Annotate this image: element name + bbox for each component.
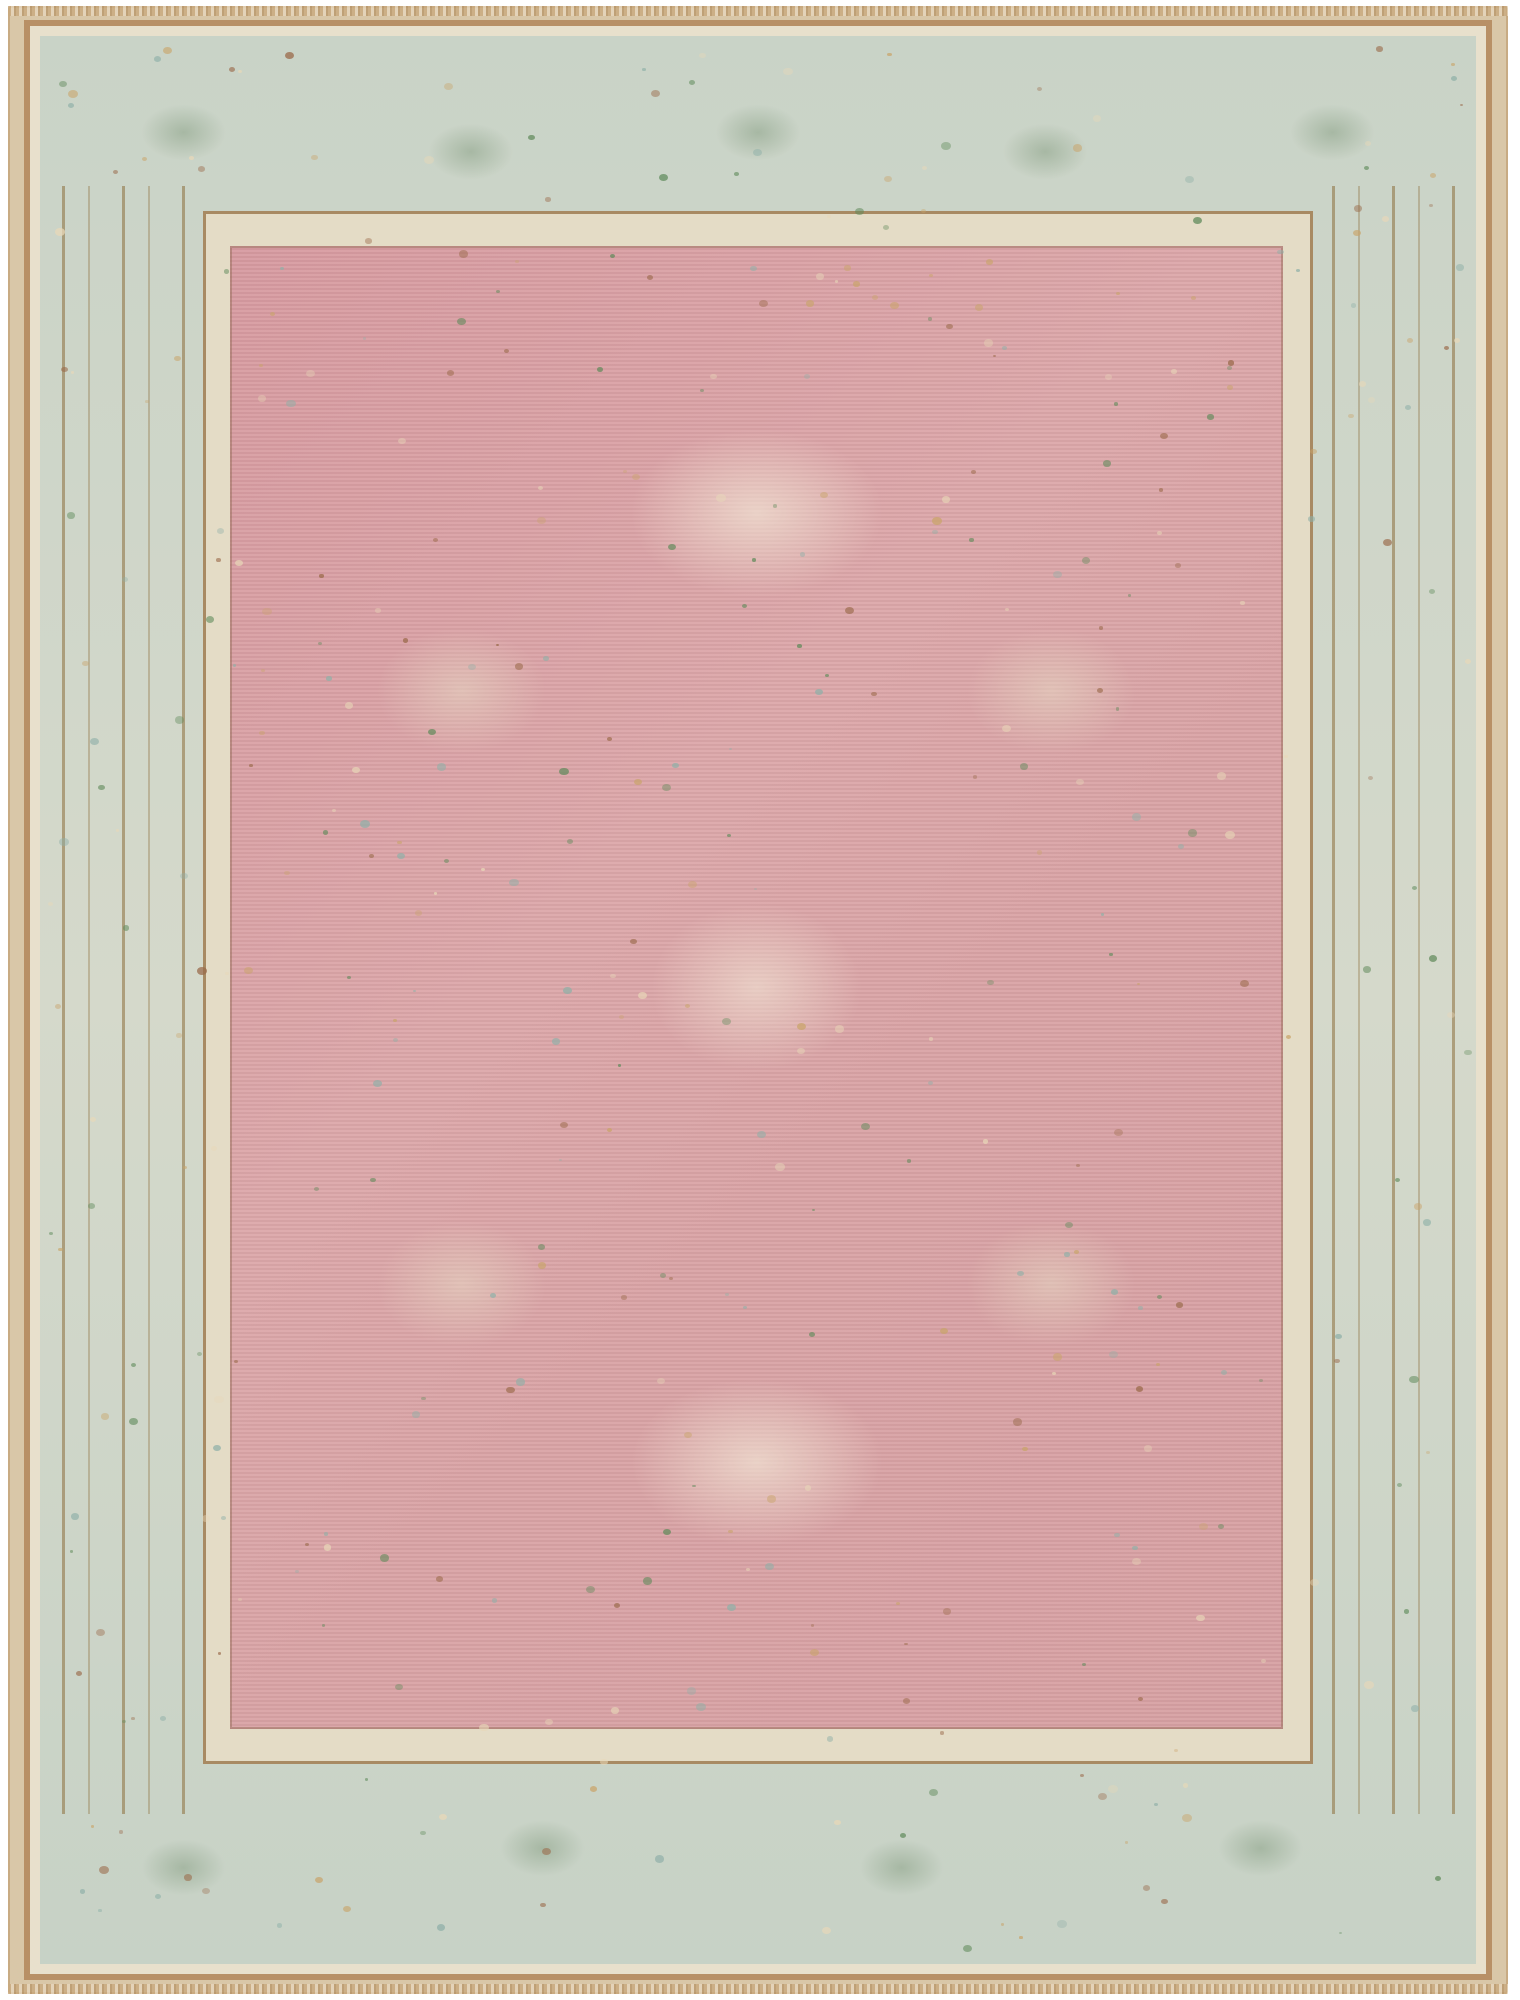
motif-speck	[969, 538, 973, 541]
motif-speck	[284, 871, 290, 876]
motif-speck	[59, 838, 69, 846]
motif-speck	[1109, 953, 1112, 955]
motif-speck	[1132, 813, 1142, 821]
motif-speck	[412, 1411, 420, 1418]
motif-speck	[552, 1038, 560, 1044]
motif-speck	[775, 1163, 785, 1171]
motif-speck	[559, 768, 568, 775]
motif-speck	[1001, 1923, 1005, 1926]
motif-speck	[1020, 763, 1028, 770]
motif-speck	[542, 1848, 551, 1855]
motif-speck	[896, 1602, 900, 1605]
motif-speck	[280, 267, 284, 270]
motif-speck	[630, 939, 636, 944]
motif-speck	[621, 1295, 626, 1299]
motif-speck	[618, 1064, 621, 1067]
motif-speck	[611, 1707, 619, 1713]
motif-speck	[202, 1515, 210, 1521]
motif-speck	[238, 1598, 242, 1601]
motif-speck	[1019, 1936, 1022, 1939]
motif-speck	[563, 987, 572, 994]
top-fringe	[8, 6, 1508, 16]
motif-speck	[1227, 385, 1233, 390]
motif-speck	[249, 764, 253, 767]
motif-speck	[797, 644, 801, 648]
motif-speck	[1101, 913, 1104, 916]
motif-speck	[490, 1293, 496, 1298]
motif-speck	[324, 1544, 332, 1550]
motif-speck	[1183, 1783, 1188, 1787]
motif-speck	[1363, 966, 1371, 972]
motif-speck	[259, 731, 265, 736]
motif-speck	[1376, 46, 1383, 51]
motif-speck	[1409, 1376, 1418, 1384]
motif-speck	[479, 1724, 489, 1732]
product-photo	[0, 0, 1520, 2000]
motif-speck	[1404, 1609, 1409, 1613]
motif-speck	[767, 1495, 776, 1503]
motif-speck	[1080, 1774, 1084, 1777]
motif-speck	[1354, 205, 1362, 212]
motif-speck	[323, 830, 329, 835]
motif-speck	[659, 174, 668, 181]
motif-speck	[884, 176, 892, 182]
motif-speck	[506, 1387, 514, 1394]
motif-speck	[560, 1122, 568, 1128]
motif-speck	[428, 729, 435, 735]
motif-speck	[684, 1432, 692, 1438]
motif-speck	[1353, 230, 1361, 236]
motif-speck	[1114, 1533, 1120, 1538]
motif-speck	[1454, 338, 1460, 343]
motif-speck	[1143, 1885, 1150, 1891]
motif-speck	[131, 1717, 135, 1720]
motif-speck	[727, 834, 731, 837]
motif-speck	[160, 1716, 167, 1721]
motif-speck	[286, 400, 295, 408]
motif-speck	[759, 300, 768, 307]
motif-speck	[727, 1604, 736, 1611]
motif-speck	[597, 367, 603, 372]
motif-speck	[1365, 141, 1371, 146]
motif-speck	[1217, 772, 1226, 779]
motif-speck	[1125, 1841, 1128, 1843]
motif-speck	[1175, 563, 1181, 568]
motif-speck	[1176, 1302, 1183, 1307]
motif-speck	[545, 1719, 553, 1725]
motif-speck	[809, 1332, 815, 1337]
motif-speck	[804, 374, 810, 379]
motif-speck	[932, 530, 938, 535]
motif-speck	[805, 1485, 812, 1490]
motif-speck	[1171, 369, 1177, 374]
motif-speck	[375, 608, 380, 612]
motif-speck	[647, 275, 654, 280]
motif-speck	[1057, 1920, 1066, 1928]
motif-speck	[861, 1123, 870, 1130]
motif-speck	[225, 972, 229, 975]
motif-speck	[123, 925, 130, 930]
motif-speck	[1359, 381, 1366, 387]
motif-speck	[71, 371, 75, 374]
motif-speck	[415, 910, 423, 916]
motif-speck	[746, 1568, 749, 1571]
motif-speck	[928, 317, 933, 321]
motif-speck	[940, 1328, 948, 1334]
motif-speck	[365, 238, 372, 243]
motif-speck	[1447, 1012, 1455, 1019]
motif-speck	[420, 1831, 426, 1835]
motif-speck	[883, 225, 889, 230]
motif-speck	[398, 438, 406, 444]
motif-speck	[1218, 1524, 1224, 1529]
motif-speck	[59, 81, 67, 87]
motif-speck	[1364, 1681, 1374, 1689]
motif-speck	[942, 496, 950, 502]
motif-speck	[233, 664, 236, 666]
motif-speck	[1407, 338, 1414, 343]
motif-speck	[1310, 1579, 1319, 1586]
motif-speck	[122, 1720, 126, 1723]
motif-speck	[365, 1778, 368, 1781]
motif-speck	[1182, 1814, 1192, 1822]
motif-speck	[437, 1924, 445, 1930]
motif-speck	[1114, 402, 1118, 405]
motif-speck	[403, 638, 409, 643]
motif-speck	[811, 1624, 814, 1627]
motif-speck	[943, 1608, 952, 1615]
motif-speck	[363, 337, 366, 340]
motif-speck	[459, 250, 468, 257]
motif-speck	[58, 1248, 63, 1252]
motif-speck	[900, 1833, 906, 1838]
motif-speck	[176, 1033, 182, 1038]
motif-speck	[68, 103, 74, 108]
motif-speck	[1037, 87, 1042, 91]
motif-speck	[1429, 955, 1437, 962]
motif-speck	[742, 604, 747, 608]
motif-speck	[515, 663, 523, 669]
right-border-stripes	[1318, 186, 1468, 1814]
motif-speck	[1144, 1445, 1152, 1451]
motif-speck	[757, 1131, 766, 1138]
motif-speck	[457, 318, 466, 325]
motif-speck	[98, 785, 105, 790]
motif-speck	[800, 552, 806, 556]
motif-speck	[835, 280, 838, 283]
motif-speck	[1132, 1558, 1141, 1565]
motif-speck	[1002, 346, 1007, 350]
motif-speck	[907, 1159, 911, 1162]
motif-speck	[434, 892, 437, 895]
motif-speck	[1093, 115, 1102, 122]
motif-speck	[369, 854, 374, 858]
motif-speck	[827, 1736, 834, 1741]
motif-speck	[481, 868, 485, 871]
motif-speck	[1207, 414, 1213, 419]
motif-speck	[729, 748, 732, 750]
motif-speck	[890, 302, 898, 309]
motif-speck	[516, 1378, 526, 1386]
motif-speck	[820, 492, 828, 498]
motif-speck	[669, 1277, 673, 1280]
motif-speck	[1073, 144, 1082, 151]
motif-speck	[619, 1015, 624, 1019]
motif-speck	[145, 400, 149, 403]
motif-speck	[538, 1244, 545, 1250]
motif-speck	[1240, 601, 1244, 604]
motif-speck	[586, 1586, 595, 1593]
motif-speck	[1412, 886, 1417, 890]
motif-speck	[1022, 1447, 1028, 1452]
motif-speck	[538, 1262, 546, 1269]
motif-speck	[1076, 1164, 1080, 1167]
motif-speck	[1277, 250, 1283, 255]
motif-speck	[984, 339, 994, 347]
motif-speck	[373, 1080, 382, 1087]
rug-field	[230, 246, 1283, 1729]
motif-speck	[797, 1048, 805, 1055]
motif-speck	[1037, 850, 1043, 854]
motif-speck	[941, 142, 951, 150]
motif-speck	[76, 1671, 82, 1676]
motif-speck	[543, 656, 549, 661]
motif-speck	[217, 528, 224, 534]
motif-speck	[734, 172, 739, 176]
motif-speck	[1259, 1379, 1263, 1382]
motif-speck	[229, 67, 235, 72]
motif-speck	[663, 1529, 671, 1536]
motif-speck	[154, 56, 162, 62]
motif-speck	[180, 873, 187, 879]
motif-speck	[655, 1855, 665, 1863]
motif-speck	[1308, 516, 1315, 521]
motif-speck	[175, 716, 185, 724]
motif-speck	[1429, 204, 1433, 207]
motif-speck	[610, 254, 615, 258]
motif-speck	[88, 1203, 95, 1209]
motif-speck	[238, 70, 242, 73]
motif-speck	[1116, 707, 1120, 710]
motif-speck	[1368, 776, 1373, 780]
motif-speck	[352, 767, 359, 773]
motif-speck	[224, 269, 229, 273]
motif-speck	[258, 395, 266, 402]
rug	[8, 6, 1508, 1994]
motif-speck	[1053, 571, 1062, 578]
motif-speck	[184, 1874, 192, 1880]
motif-speck	[98, 1909, 101, 1912]
motif-speck	[55, 1004, 61, 1009]
motif-speck	[987, 980, 994, 986]
motif-speck	[1074, 1250, 1079, 1254]
motif-speck	[643, 1577, 653, 1585]
motif-speck	[835, 1025, 844, 1032]
motif-speck	[61, 367, 67, 372]
motif-speck	[314, 1187, 319, 1191]
motif-speck	[1221, 1370, 1227, 1375]
motif-speck	[277, 1923, 283, 1927]
motif-speck	[700, 389, 704, 392]
motif-speck	[607, 737, 612, 741]
motif-speck	[903, 1698, 910, 1704]
motif-speck	[397, 853, 405, 859]
motif-speck	[1451, 63, 1454, 66]
motif-speck	[468, 664, 476, 671]
motif-speck	[48, 902, 53, 906]
motif-speck	[773, 504, 777, 507]
motif-speck	[928, 1081, 933, 1085]
motif-speck	[1228, 360, 1235, 365]
motif-speck	[816, 273, 825, 280]
motif-speck	[1464, 1050, 1471, 1056]
motif-speck	[1465, 659, 1472, 664]
motif-speck	[119, 1830, 123, 1833]
left-border-stripes	[48, 186, 198, 1814]
motif-speck	[1064, 1252, 1069, 1256]
motif-speck	[1082, 557, 1090, 564]
motif-speck	[783, 68, 792, 76]
motif-speck	[940, 1731, 945, 1735]
motif-speck	[685, 1004, 690, 1008]
motif-speck	[922, 166, 927, 170]
motif-speck	[545, 197, 550, 201]
motif-speck	[1138, 1306, 1142, 1310]
motif-speck	[971, 470, 976, 474]
motif-speck	[319, 574, 323, 577]
motif-speck	[662, 784, 671, 791]
motif-speck	[393, 1038, 398, 1042]
motif-speck	[1103, 460, 1111, 467]
motif-speck	[725, 1293, 729, 1296]
motif-speck	[1335, 1334, 1341, 1339]
motif-speck	[262, 608, 272, 616]
motif-speck	[197, 967, 207, 975]
motif-speck	[202, 1888, 210, 1894]
motif-speck	[1128, 594, 1131, 597]
motif-speck	[142, 157, 147, 161]
motif-speck	[688, 881, 697, 888]
motif-speck	[437, 763, 446, 770]
motif-speck	[189, 156, 194, 160]
motif-speck	[1111, 1289, 1118, 1295]
motif-speck	[67, 512, 75, 518]
motif-speck	[318, 642, 322, 645]
motif-speck	[1159, 488, 1163, 492]
motif-speck	[343, 1906, 351, 1912]
motif-speck	[315, 1877, 322, 1883]
motif-speck	[1109, 1351, 1118, 1358]
motif-speck	[198, 166, 205, 172]
motif-speck	[174, 356, 180, 361]
motif-speck	[345, 702, 353, 709]
motif-speck	[642, 68, 646, 71]
motif-speck	[1426, 1451, 1430, 1454]
motif-speck	[983, 1139, 988, 1143]
motif-speck	[1397, 1483, 1402, 1487]
motif-speck	[844, 265, 850, 270]
motif-speck	[1108, 1785, 1118, 1793]
bottom-fringe	[8, 1984, 1508, 1994]
motif-speck	[131, 1363, 136, 1367]
motif-speck	[716, 494, 725, 501]
motif-speck	[1098, 1793, 1107, 1800]
motif-speck	[306, 370, 315, 377]
motif-speck	[322, 1624, 325, 1627]
motif-speck	[600, 1759, 607, 1765]
motif-speck	[623, 470, 627, 473]
motif-speck	[1456, 264, 1465, 271]
motif-speck	[1154, 1803, 1158, 1806]
motif-speck	[806, 300, 814, 307]
motif-speck	[614, 1603, 620, 1608]
motif-speck	[1414, 1203, 1422, 1209]
motif-speck	[1423, 1219, 1431, 1226]
motif-speck	[1052, 1372, 1056, 1375]
motif-speck	[1435, 1876, 1441, 1881]
motif-speck	[1382, 216, 1390, 222]
motif-speck	[722, 1018, 730, 1025]
motif-speck	[986, 259, 993, 265]
motif-speck	[424, 156, 434, 164]
motif-speck	[1097, 688, 1103, 693]
motif-speck	[101, 1413, 109, 1419]
motif-speck	[71, 1513, 80, 1520]
motif-speck	[1188, 829, 1198, 837]
motif-speck	[699, 53, 705, 58]
motif-speck	[326, 676, 331, 680]
motif-speck	[929, 1789, 938, 1796]
